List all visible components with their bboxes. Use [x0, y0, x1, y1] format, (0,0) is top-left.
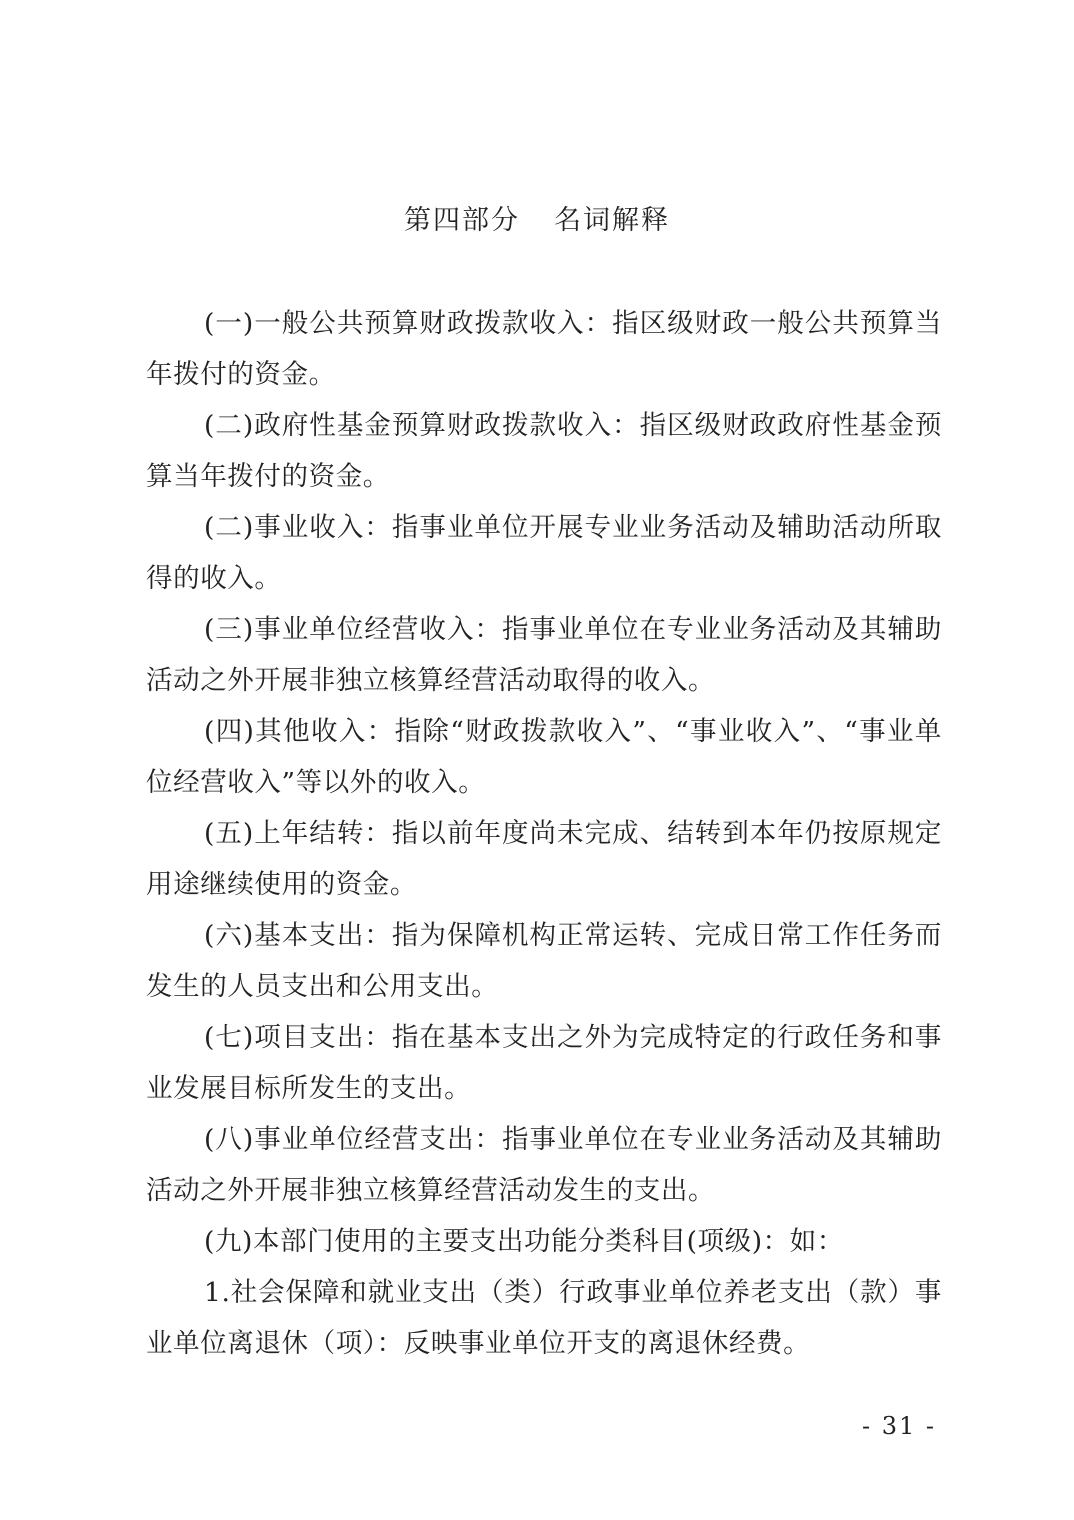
page-number: - 31 - — [862, 1412, 936, 1440]
paragraph: (八)事业单位经营支出：指事业单位在专业业务活动及其辅助活动之外开展非独立核算经… — [146, 1114, 942, 1216]
paragraph: (二)事业收入：指事业单位开展专业业务活动及辅助活动所取得的收入。 — [146, 502, 942, 604]
document-body: (一)一般公共预算财政拨款收入：指区级财政一般公共预算当年拨付的资金。 (二)政… — [146, 298, 942, 1369]
paragraph: (九)本部门使用的主要支出功能分类科目(项级)：如： — [146, 1216, 942, 1267]
paragraph: 1.社会保障和就业支出（类）行政事业单位养老支出（款）事业单位离退休（项）：反映… — [146, 1267, 942, 1369]
paragraph: (四)其他收入：指除“财政拨款收入”、“事业收入”、“事业单位经营收入”等以外的… — [146, 706, 942, 808]
paragraph: (二)政府性基金预算财政拨款收入：指区级财政政府性基金预算当年拨付的资金。 — [146, 400, 942, 502]
paragraph: (一)一般公共预算财政拨款收入：指区级财政一般公共预算当年拨付的资金。 — [146, 298, 942, 400]
title-part: 第四部分 — [404, 205, 520, 236]
paragraph: (六)基本支出：指为保障机构正常运转、完成日常工作任务而发生的人员支出和公用支出… — [146, 910, 942, 1012]
paragraph: (五)上年结转：指以前年度尚未完成、结转到本年仍按原规定用途继续使用的资金。 — [146, 808, 942, 910]
paragraph: (三)事业单位经营收入：指事业单位在专业业务活动及其辅助活动之外开展非独立核算经… — [146, 604, 942, 706]
page-title: 第四部分名词解释 — [0, 198, 1074, 237]
title-name: 名词解释 — [554, 205, 670, 236]
paragraph: (七)项目支出：指在基本支出之外为完成特定的行政任务和事业发展目标所发生的支出。 — [146, 1012, 942, 1114]
